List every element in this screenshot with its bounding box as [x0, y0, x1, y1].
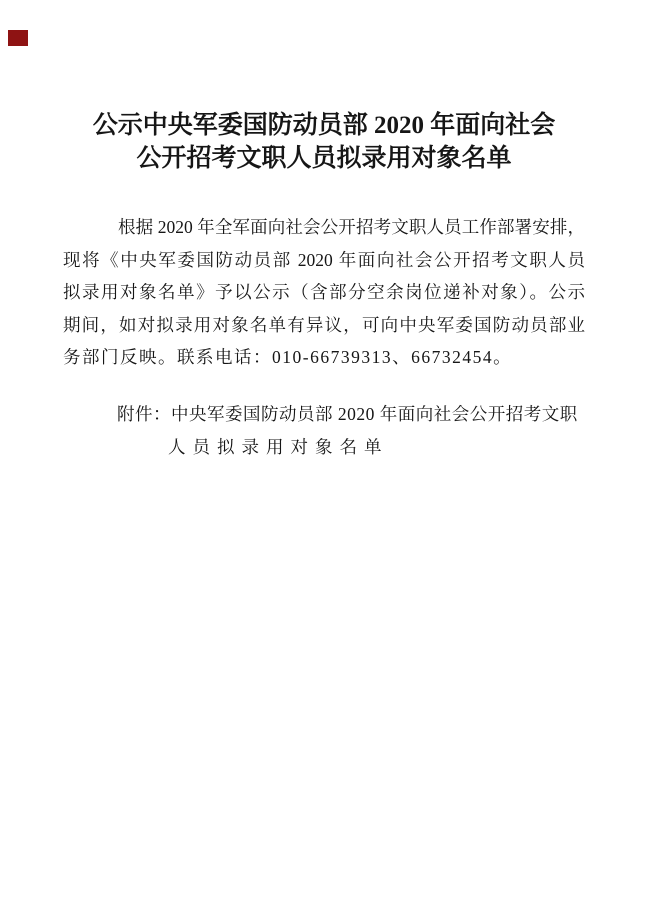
paragraph-line-3: 拟录用对象名单》予以公示（含部分空余岗位递补对象）。公示: [63, 276, 585, 309]
document-content: 公示中央军委国防动员部 2020 年面向社会 公开招考文职人员拟录用对象名单 根…: [63, 0, 585, 463]
document-title: 公示中央军委国防动员部 2020 年面向社会 公开招考文职人员拟录用对象名单: [63, 0, 585, 175]
attachment-title-part-2: 人员拟录用对象名单: [168, 431, 585, 464]
title-line-1: 公示中央军委国防动员部 2020 年面向社会: [63, 109, 585, 142]
paragraph-line-5: 务部门反映。联系电话：010-66739313、66732454。: [63, 341, 585, 374]
attachment-section: 附件：中央军委国防动员部 2020 年面向社会公开招考文职 人员拟录用对象名单: [63, 398, 585, 463]
attachment-title-part-1: 中央军委国防动员部 2020 年面向社会公开招考文职: [171, 404, 578, 424]
paragraph-line-4: 期间，如对拟录用对象名单有异议，可向中央军委国防动员部业: [63, 309, 585, 342]
attachment-label: 附件：: [117, 404, 171, 424]
title-line-2: 公开招考文职人员拟录用对象名单: [63, 142, 585, 175]
document-page: 公示中央军委国防动员部 2020 年面向社会 公开招考文职人员拟录用对象名单 根…: [0, 0, 650, 919]
body-paragraph: 根据 2020 年全军面向社会公开招考文职人员工作部署安排， 现将《中央军委国防…: [63, 211, 585, 374]
paragraph-line-2: 现将《中央军委国防动员部 2020 年面向社会公开招考文职人员: [63, 244, 585, 277]
paragraph-line-1: 根据 2020 年全军面向社会公开招考文职人员工作部署安排，: [63, 211, 585, 244]
corner-red-mark: [8, 30, 28, 46]
attachment-line-1: 附件：中央军委国防动员部 2020 年面向社会公开招考文职: [117, 398, 585, 431]
